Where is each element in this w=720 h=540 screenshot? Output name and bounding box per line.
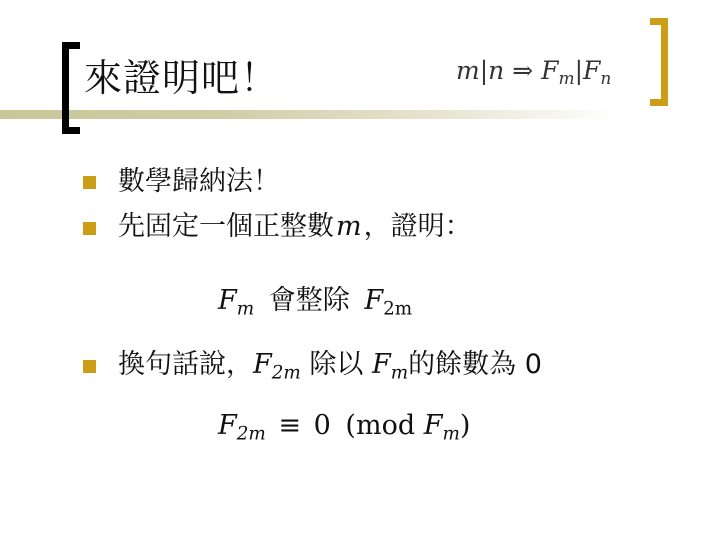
bullet-item-2: 先固定一個正整數m，證明： [118, 210, 472, 244]
right-bracket-decoration [650, 18, 668, 106]
bullet-item-3: 換句話說，F2m 除以 Fm的餘數為 0 [118, 348, 542, 391]
bullet-item-1: 數學歸納法！ [118, 165, 280, 199]
square-bullet-icon [83, 222, 96, 235]
title-divider [0, 110, 620, 119]
square-bullet-icon [83, 176, 96, 189]
divisibility-statement: Fm 會整除 F2m [218, 278, 412, 320]
square-bullet-icon [83, 360, 96, 373]
congruence-formula: F2m ≡ 0 (mod Fm) [218, 410, 470, 445]
slide-title: 來證明吧！ [84, 54, 279, 102]
header-formula: m|n ⇒ Fm|Fn [456, 56, 611, 89]
left-bracket-decoration [62, 42, 80, 134]
